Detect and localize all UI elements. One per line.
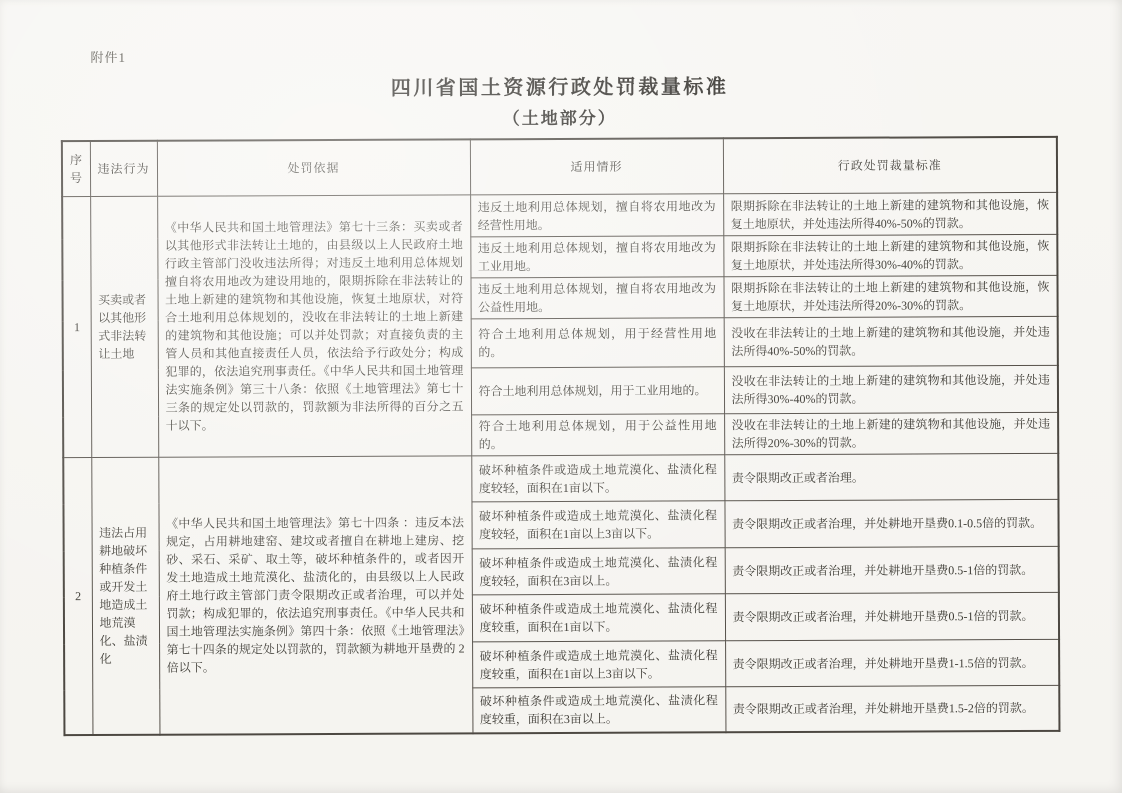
standard-cell: 责令限期改正或者治理，并处耕地开垦费0.5-1倍的罚款。 [725,546,1059,593]
circumstance-cell: 破坏种植条件或造成土地荒漠化、盐渍化程度较重，面积在1亩以下。 [472,594,725,642]
row2-violation-cell: 违法占用耕地破坏种植条件或开发土地造成土地荒漠化、盐渍化 [91,457,159,734]
row1-violation-cell: 买卖或者以其他形式非法转让土地 [90,196,158,457]
circumstance-cell: 违反土地利用总体规划，擅自将农用地改为公益性用地。 [470,277,723,319]
table-row: 2 违法占用耕地破坏种植条件或开发土地造成土地荒漠化、盐渍化 《中华人民共和国土… [63,453,1058,503]
row2-index-cell: 2 [63,458,92,735]
standard-cell: 限期拆除在非法转让的土地上新建的建筑物和其他设施，恢复土地原状，并处违法所得40… [723,192,1057,235]
circumstance-cell: 违反土地利用总体规划，擅自将农用地改为经营性用地。 [470,194,723,237]
document-subtitle: （土地部分） [0,102,1121,132]
header-standard: 行政处罚裁量标准 [723,137,1057,194]
attachment-label: 附件1 [90,47,126,66]
header-basis: 处罚依据 [157,139,470,196]
document-sheet: 附件1 四川省国土资源行政处罚裁量标准 （土地部分） 序号 违法行为 处罚依据 … [0,0,1122,793]
row1-index-cell: 1 [62,197,91,458]
table-row: 1 买卖或者以其他形式非法转让土地 《中华人民共和国土地管理法》第七十三条：买卖… [62,192,1057,238]
header-violation: 违法行为 [90,141,157,197]
header-circumstance: 适用情形 [470,138,723,195]
header-index: 序号 [62,141,90,197]
circumstance-cell: 破坏种植条件或造成土地荒漠化、盐渍化程度较轻，面积在3亩以上。 [472,548,725,595]
circumstance-cell: 破坏种植条件或造成土地荒漠化、盐渍化程度较轻，面积在1亩以上3亩以下。 [471,501,724,549]
standard-cell: 责令限期改正或者治理，并处耕地开垦费0.1-0.5倍的罚款。 [724,499,1058,547]
circumstance-cell: 符合土地利用总体规划，用于经营性用地的。 [471,318,724,368]
standard-cell: 责令限期改正或者治理，并处耕地开垦费0.5-1倍的罚款。 [725,592,1059,640]
circumstance-cell: 破坏种植条件或造成土地荒漠化、盐渍化程度较轻，面积在1亩以下。 [471,455,724,502]
scanned-document-page: 附件1 四川省国土资源行政处罚裁量标准 （土地部分） 序号 违法行为 处罚依据 … [0,0,1122,793]
penalty-standards-table: 序号 违法行为 处罚依据 适用情形 行政处罚裁量标准 1 买卖或者以其他形式非法… [61,136,1061,736]
standard-cell: 限期拆除在非法转让的土地上新建的建筑物和其他设施，恢复土地原状，并处违法所得30… [723,234,1057,276]
standard-cell: 责令限期改正或者治理，并处耕地开垦费1.5-2倍的罚款。 [725,685,1059,731]
circumstance-cell: 破坏种植条件或造成土地荒漠化、盐渍化程度较重，面积在3亩以上。 [472,687,725,733]
row1-basis-cell: 《中华人民共和国土地管理法》第七十三条：买卖或者以其他形式非法转让土地的，由县级… [157,195,471,457]
standard-cell: 没收在非法转让的土地上新建的建筑物和其他设施，并处违法所得20%-30%的罚款。 [724,412,1058,454]
standard-cell: 没收在非法转让的土地上新建的建筑物和其他设施，并处违法所得40%-50%的罚款。 [724,316,1058,366]
circumstance-cell: 符合土地利用总体规划，用于工业用地的。 [471,367,724,415]
document-title: 四川省国土资源行政处罚裁量标准 [0,69,1121,103]
standard-cell: 责令限期改正或者治理。 [724,453,1058,500]
circumstance-cell: 破坏种植条件或造成土地荒漠化、盐渍化程度较重，面积在1亩以上3亩以下。 [472,641,725,688]
standard-cell: 责令限期改正或者治理，并处耕地开垦费1-1.5倍的罚款。 [725,639,1059,686]
table-header-row: 序号 违法行为 处罚依据 适用情形 行政处罚裁量标准 [62,137,1057,197]
circumstance-cell: 符合土地利用总体规划，用于公益性用地的。 [471,414,724,456]
standard-cell: 没收在非法转让的土地上新建的建筑物和其他设施，并处违法所得30%-40%的罚款。 [724,365,1058,413]
circumstance-cell: 违反土地利用总体规划，擅自将农用地改为工业用地。 [470,236,723,278]
row2-basis-cell: 《中华人民共和国土地管理法》第七十四条 ：违反本法规定，占用耕地建窑、建坟或者擅… [158,456,472,734]
standard-cell: 限期拆除在非法转让的土地上新建的建筑物和其他设施，恢复土地原状，并处违法所得20… [723,275,1057,317]
